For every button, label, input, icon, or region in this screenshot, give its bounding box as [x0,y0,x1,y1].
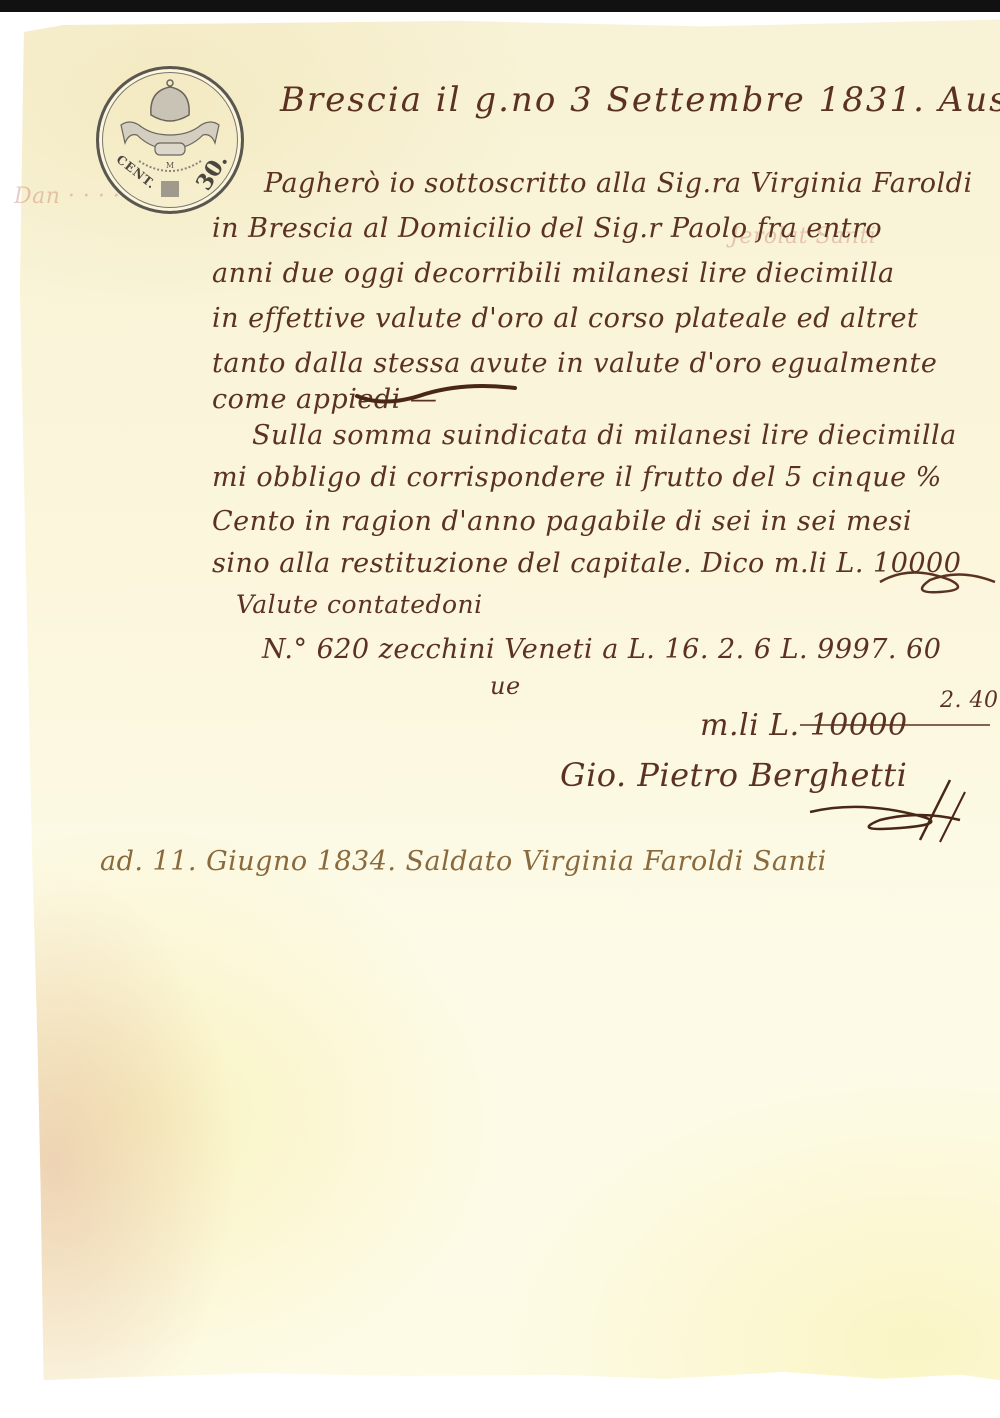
stamp-monogram: M [166,161,174,170]
flourish-stroke-icon [355,378,525,408]
amount-flourish-icon [870,560,1000,600]
body-line: anni due oggi decorribili milanesi lire … [212,258,895,289]
signature-flourish-icon [800,770,970,850]
body-line: in Brescia al Domicilio del Sig.r Paolo … [212,213,882,244]
body-line: sino alla restituzione del capitale. Dic… [212,548,961,579]
settlement-annotation: ad. 11. Giugno 1834. Saldato Virginia Fa… [100,846,827,877]
body-line: Pagherò io sottoscritto alla Sig.ra Virg… [264,168,973,199]
valuta-total: m.li L. 10000 [700,708,908,743]
place-date-heading: Brescia il g.no 3 Settembre 1831. Austr.… [280,80,1000,120]
valuta-adjustment: 2. 40 [940,688,998,713]
ghost-bleed-text: Dan · · · · [14,184,120,209]
scan-top-border [0,0,1000,12]
valuta-heading: Valute contatedoni [236,590,483,619]
body-line: Cento in ragion d'anno pagabile di sei i… [212,506,912,537]
body-line: tanto dalla stessa avute in valute d'oro… [212,348,937,379]
valuta-sub-mark: ue [490,672,521,700]
valuta-entry: N.° 620 zecchini Veneti a L. 16. 2. 6 L.… [262,634,941,665]
body-line: Sulla somma suindicata di milanesi lire … [252,420,957,451]
body-line: in effettive valute d'oro al corso plate… [212,303,918,334]
body-line: mi obbligo di corrispondere il frutto de… [212,462,942,493]
